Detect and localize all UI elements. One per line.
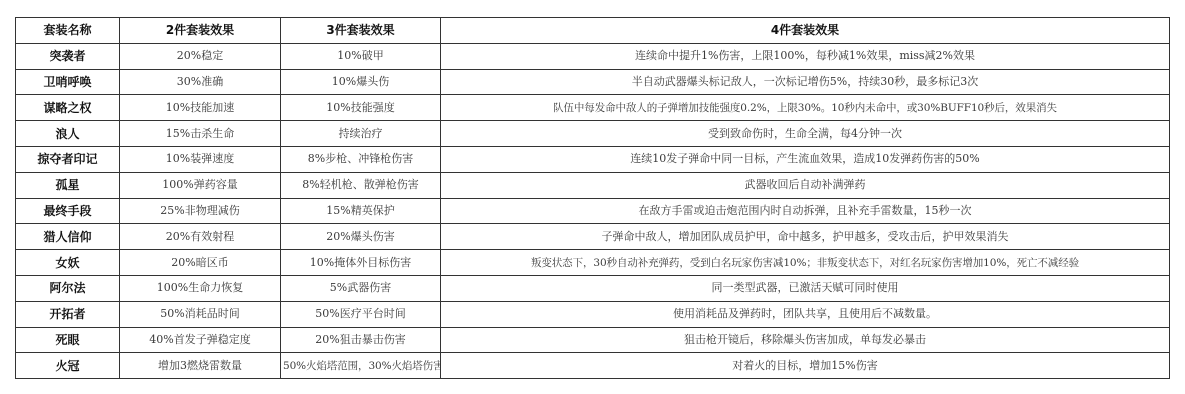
table-row: 猎人信仰 20%有效射程 20%爆头伤害 子弹命中敌人，增加团队成员护甲，命中越… xyxy=(16,224,1170,250)
table-row: 死眼 40%首发子弹稳定度 20%狙击暴击伤害 狙击枪开镜后，移除爆头伤害加成，… xyxy=(16,327,1170,353)
set-name: 阿尔法 xyxy=(16,275,120,301)
four-piece-effect: 队伍中每发命中敌人的子弹增加技能强度0.2%，上限30%。10秒内未命中，或30… xyxy=(441,95,1170,121)
header-3piece-effect: 3件套装效果 xyxy=(281,18,441,44)
four-piece-effect: 狙击枪开镜后，移除爆头伤害加成，单每发必暴击 xyxy=(441,327,1170,353)
two-piece-effect: 50%消耗品时间 xyxy=(120,301,281,327)
three-piece-effect: 10%破甲 xyxy=(281,43,441,69)
two-piece-effect: 25%非物理减伤 xyxy=(120,198,281,224)
header-4piece-effect: 4件套装效果 xyxy=(441,18,1170,44)
set-name: 死眼 xyxy=(16,327,120,353)
two-piece-effect: 20%稳定 xyxy=(120,43,281,69)
set-name: 最终手段 xyxy=(16,198,120,224)
three-piece-effect: 20%狙击暴击伤害 xyxy=(281,327,441,353)
three-piece-effect: 50%火焰塔范围，30%火焰塔伤害 xyxy=(281,353,441,379)
set-name: 谋略之权 xyxy=(16,95,120,121)
set-name: 开拓者 xyxy=(16,301,120,327)
four-piece-effect: 武器收回后自动补满弹药 xyxy=(441,172,1170,198)
table-header-row: 套装名称 2件套装效果 3件套装效果 4件套装效果 xyxy=(16,18,1170,44)
gear-set-table-container: 套装名称 2件套装效果 3件套装效果 4件套装效果 突袭者 20%稳定 10%破… xyxy=(15,17,1170,379)
two-piece-effect: 20%暗区币 xyxy=(120,250,281,276)
two-piece-effect: 100%生命力恢复 xyxy=(120,275,281,301)
set-name: 火冠 xyxy=(16,353,120,379)
set-name: 卫哨呼唤 xyxy=(16,69,120,95)
three-piece-effect: 10%爆头伤 xyxy=(281,69,441,95)
four-piece-effect: 子弹命中敌人，增加团队成员护甲，命中越多，护甲越多，受攻击后，护甲效果消失 xyxy=(441,224,1170,250)
four-piece-effect: 同一类型武器，已激活天赋可同时使用 xyxy=(441,275,1170,301)
table-row: 孤星 100%弹药容量 8%轻机枪、散弹枪伤害 武器收回后自动补满弹药 xyxy=(16,172,1170,198)
three-piece-effect: 20%爆头伤害 xyxy=(281,224,441,250)
three-piece-effect: 5%武器伤害 xyxy=(281,275,441,301)
three-piece-effect: 8%步枪、冲锋枪伤害 xyxy=(281,146,441,172)
table-row: 阿尔法 100%生命力恢复 5%武器伤害 同一类型武器，已激活天赋可同时使用 xyxy=(16,275,1170,301)
two-piece-effect: 40%首发子弹稳定度 xyxy=(120,327,281,353)
table-row: 谋略之权 10%技能加速 10%技能强度 队伍中每发命中敌人的子弹增加技能强度0… xyxy=(16,95,1170,121)
set-name: 女妖 xyxy=(16,250,120,276)
table-row: 突袭者 20%稳定 10%破甲 连续命中提升1%伤害，上限100%，每秒减1%效… xyxy=(16,43,1170,69)
two-piece-effect: 10%装弹速度 xyxy=(120,146,281,172)
three-piece-effect: 8%轻机枪、散弹枪伤害 xyxy=(281,172,441,198)
set-name: 浪人 xyxy=(16,121,120,147)
three-piece-effect: 10%掩体外目标伤害 xyxy=(281,250,441,276)
header-2piece-effect: 2件套装效果 xyxy=(120,18,281,44)
table-row: 卫哨呼唤 30%准确 10%爆头伤 半自动武器爆头标记敌人，一次标记增伤5%，持… xyxy=(16,69,1170,95)
three-piece-effect: 10%技能强度 xyxy=(281,95,441,121)
four-piece-effect: 半自动武器爆头标记敌人，一次标记增伤5%，持续30秒，最多标记3次 xyxy=(441,69,1170,95)
set-name: 孤星 xyxy=(16,172,120,198)
four-piece-effect: 在敌方手雷或迫击炮范围内时自动拆弹，且补充手雷数量，15秒一次 xyxy=(441,198,1170,224)
two-piece-effect: 15%击杀生命 xyxy=(120,121,281,147)
two-piece-effect: 20%有效射程 xyxy=(120,224,281,250)
two-piece-effect: 100%弹药容量 xyxy=(120,172,281,198)
header-set-name: 套装名称 xyxy=(16,18,120,44)
four-piece-effect: 连续命中提升1%伤害，上限100%，每秒减1%效果，miss减2%效果 xyxy=(441,43,1170,69)
table-row: 火冠 增加3燃烧雷数量 50%火焰塔范围，30%火焰塔伤害 对着火的目标，增加1… xyxy=(16,353,1170,379)
two-piece-effect: 增加3燃烧雷数量 xyxy=(120,353,281,379)
four-piece-effect: 叛变状态下，30秒自动补充弹药，受到白名玩家伤害减10%；非叛变状态下，对红名玩… xyxy=(441,250,1170,276)
four-piece-effect: 受到致命伤时，生命全满，每4分钟一次 xyxy=(441,121,1170,147)
two-piece-effect: 30%准确 xyxy=(120,69,281,95)
table-row: 开拓者 50%消耗品时间 50%医疗平台时间 使用消耗品及弹药时，团队共享，且使… xyxy=(16,301,1170,327)
two-piece-effect: 10%技能加速 xyxy=(120,95,281,121)
set-name: 猎人信仰 xyxy=(16,224,120,250)
table-row: 掠夺者印记 10%装弹速度 8%步枪、冲锋枪伤害 连续10发子弹命中同一目标，产… xyxy=(16,146,1170,172)
table-row: 最终手段 25%非物理减伤 15%精英保护 在敌方手雷或迫击炮范围内时自动拆弹，… xyxy=(16,198,1170,224)
table-row: 女妖 20%暗区币 10%掩体外目标伤害 叛变状态下，30秒自动补充弹药，受到白… xyxy=(16,250,1170,276)
table-row: 浪人 15%击杀生命 持续治疗 受到致命伤时，生命全满，每4分钟一次 xyxy=(16,121,1170,147)
four-piece-effect: 连续10发子弹命中同一目标，产生流血效果，造成10发弹药伤害的50% xyxy=(441,146,1170,172)
set-name: 掠夺者印记 xyxy=(16,146,120,172)
three-piece-effect: 持续治疗 xyxy=(281,121,441,147)
four-piece-effect: 使用消耗品及弹药时，团队共享，且使用后不减数量。 xyxy=(441,301,1170,327)
four-piece-effect: 对着火的目标，增加15%伤害 xyxy=(441,353,1170,379)
three-piece-effect: 15%精英保护 xyxy=(281,198,441,224)
three-piece-effect: 50%医疗平台时间 xyxy=(281,301,441,327)
set-name: 突袭者 xyxy=(16,43,120,69)
gear-set-effects-table: 套装名称 2件套装效果 3件套装效果 4件套装效果 突袭者 20%稳定 10%破… xyxy=(15,17,1170,379)
